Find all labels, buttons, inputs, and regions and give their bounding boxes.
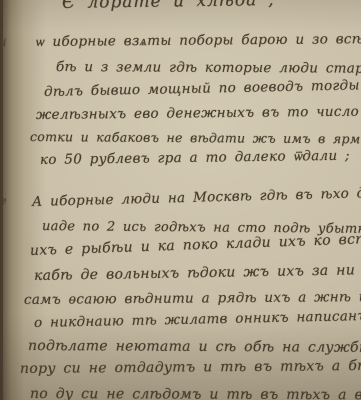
heading-line: Є лорате и хлѣба ; (62, 0, 276, 13)
paragraph2-line: пору си не отдадутъ и тѣ въ тѣхъ а бѣдно (20, 358, 361, 377)
paragraph2-line: А иборные люди на Москвѣ гдѣ въ ѣхо да д… (32, 183, 361, 210)
paragraph1-line: желѣзныхъ ево денежныхъ въ то число (36, 104, 359, 123)
paragraph1-line: бѣ и з земли гдѣ которые люди старосили (56, 59, 361, 77)
marginal-mark-1: і (3, 38, 6, 49)
paragraph2-line: кабѣ де вольныхъ ѣдоки жъ ихъ за ни кабѣ… (34, 261, 361, 284)
paragraph2-line: самъ ѳсаюю вѣднити а рядѣ ихъ а жнѣ иго (24, 289, 361, 308)
marginal-mark-2: г (1, 196, 6, 207)
manuscript-page-photo: Є лорате и хлѣба ; і г ѡ иборные взѧты п… (0, 0, 361, 400)
paragraph1-line: ѡ иборные взѧты поборы барою и зо всѣми … (36, 30, 361, 50)
paragraph1-line: сотки и кабаковъ не вѣдати жъ имъ в ярмѣ… (30, 129, 361, 147)
paragraph2-line: подѣлате неютата и сѣ обѣ на службѣ и тѣ (28, 338, 361, 356)
paragraph1-line: ко 50 рублевъ гра а то далеко ѿдали ; (40, 148, 350, 168)
paragraph1-line: дѣлъ бывшо мощный по воеводъ тогды (44, 77, 360, 100)
paragraph2-line: о никднаию тѣ жилатв онникъ написанъ Тяр… (34, 307, 361, 331)
paragraph2-line-clipped: по ду си не слѣдомъ и тѣ въ тѣхъ а вѣдаю (30, 386, 361, 400)
